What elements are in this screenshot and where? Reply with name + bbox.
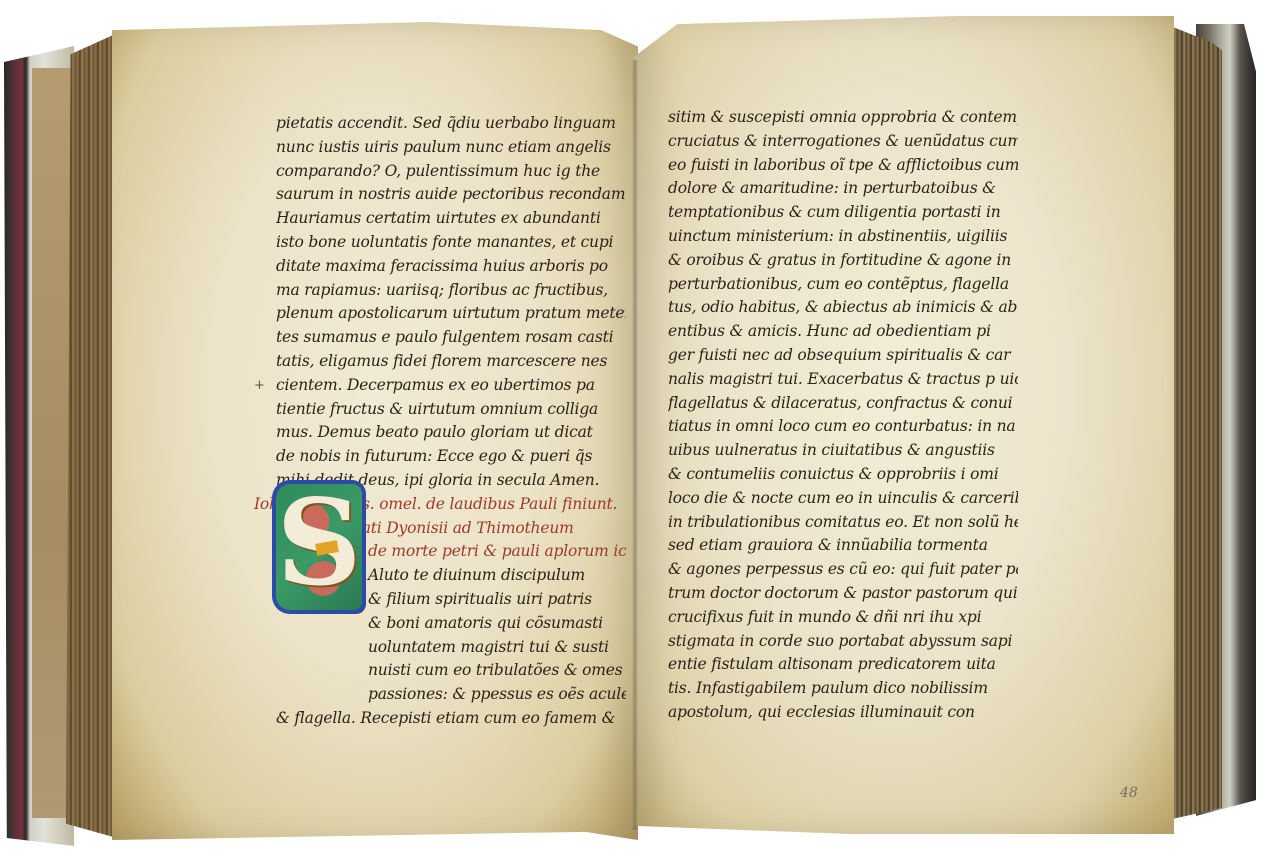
margin-cross-mark: + xyxy=(254,378,265,393)
text-line: uinctum ministerium: in abstinentiis, ui… xyxy=(668,225,1018,249)
text-line: uibus uulneratus in ciuitatibus & angust… xyxy=(668,439,1018,463)
text-line: perturbationibus, cum eo contẽptus, flag… xyxy=(668,273,1018,297)
text-line: comparando? O, pulentissimum huc ig the xyxy=(276,160,626,184)
text-line: loco die & nocte cum eo in uinculis & ca… xyxy=(668,487,1018,511)
text-line: & boni amatoris qui cõsumasti xyxy=(276,612,626,636)
text-line: crucifixus fuit in mundo & dñi nri ihu x… xyxy=(668,606,1018,630)
text-line: tes sumamus e paulo fulgentem rosam cast… xyxy=(276,326,626,350)
text-line: de nobis in futurum: Ecce ego & pueri q̃… xyxy=(276,445,626,469)
text-line: ger fuisti nec ad obsequium spiritualis … xyxy=(668,344,1018,368)
text-line: temptationibus & cum diligentia portasti… xyxy=(668,201,1018,225)
text-line: uoluntatem magistri tui & susti xyxy=(276,636,626,660)
text-line: passiones: & ppessus es oẽs aculeos xyxy=(276,683,626,707)
text-line: nunc iustis uiris paulum nunc etiam ange… xyxy=(276,136,626,160)
text-line: ma rapiamus: uariisq; floribus ac fructi… xyxy=(276,279,626,303)
text-line: tatis, eligamus fidei florem marcescere … xyxy=(276,350,626,374)
text-line: eo fuisti in laboribus oĩ tpe & afflicto… xyxy=(668,154,1018,178)
text-line: flagellatus & dilaceratus, confractus & … xyxy=(668,392,1018,416)
book-gutter xyxy=(632,60,638,830)
text-line: saurum in nostris auide pectoribus recon… xyxy=(276,183,626,207)
text-line: tiatus in omni loco cum eo conturbatus: … xyxy=(668,415,1018,439)
right-page-text: sitim & suscepisti omnia opprobria & con… xyxy=(668,106,1018,725)
text-line: pietatis accendit. Sed q̃diu uerbabo lin… xyxy=(276,112,626,136)
text-line: ditate maxima feracissima huius arboris … xyxy=(276,255,626,279)
text-line: & oroibus & gratus in fortitudine & agon… xyxy=(668,249,1018,273)
text-line: dolore & amaritudine: in perturbatoibus … xyxy=(668,177,1018,201)
illuminated-initial: S xyxy=(272,480,366,614)
text-line: entie fistulam altisonam predicatorem ui… xyxy=(668,653,1018,677)
text-line: & flagella. Recepisti etiam cum eo famem… xyxy=(276,707,626,731)
text-line: trum doctor doctorum & pastor pastorum q… xyxy=(668,582,1018,606)
text-line: entibus & amicis. Hunc ad obedientiam pi xyxy=(668,320,1018,344)
text-line: Hauriamus certatim uirtutes ex abundanti xyxy=(276,207,626,231)
text-line: tientie fructus & uirtutum omnium collig… xyxy=(276,398,626,422)
folio-number: 48 xyxy=(1120,785,1138,801)
left-cover-board xyxy=(4,46,74,846)
text-line: cientem. Decerpamus ex eo ubertimos pa xyxy=(276,374,626,398)
text-line: in tribulationibus comitatus eo. Et non … xyxy=(668,511,1018,535)
text-line: isto bone uoluntatis fonte manantes, et … xyxy=(276,231,626,255)
text-line: sed etiam grauiora & innũabilia tormenta xyxy=(668,534,1018,558)
text-line: mus. Demus beato paulo gloriam ut dicat xyxy=(276,421,626,445)
text-line: tus, odio habitus, & abiectus ab inimici… xyxy=(668,296,1018,320)
text-line: tis. Infastigabilem paulum dico nobiliss… xyxy=(668,677,1018,701)
manuscript-scene: pietatis accendit. Sed q̃diu uerbabo lin… xyxy=(0,0,1280,860)
text-line: & agones perpessus es cũ eo: qui fuit pa… xyxy=(668,558,1018,582)
text-line: stigmata in corde suo portabat abyssum s… xyxy=(668,630,1018,654)
text-line: cruciatus & interrogationes & uenũdatus … xyxy=(668,130,1018,154)
left-page-text: pietatis accendit. Sed q̃diu uerbabo lin… xyxy=(276,112,626,731)
text-line: nuisti cum eo tribulatões & omes xyxy=(276,659,626,683)
text-line: nalis magistri tui. Exacerbatus & tractu… xyxy=(668,368,1018,392)
text-line: sitim & suscepisti omnia opprobria & con… xyxy=(668,106,1018,130)
text-line: & contumeliis conuictus & opprobriis i o… xyxy=(668,463,1018,487)
text-line: plenum apostolicarum uirtutum pratum met… xyxy=(276,302,626,326)
text-line: apostolum, qui ecclesias illuminauit con xyxy=(668,701,1018,725)
